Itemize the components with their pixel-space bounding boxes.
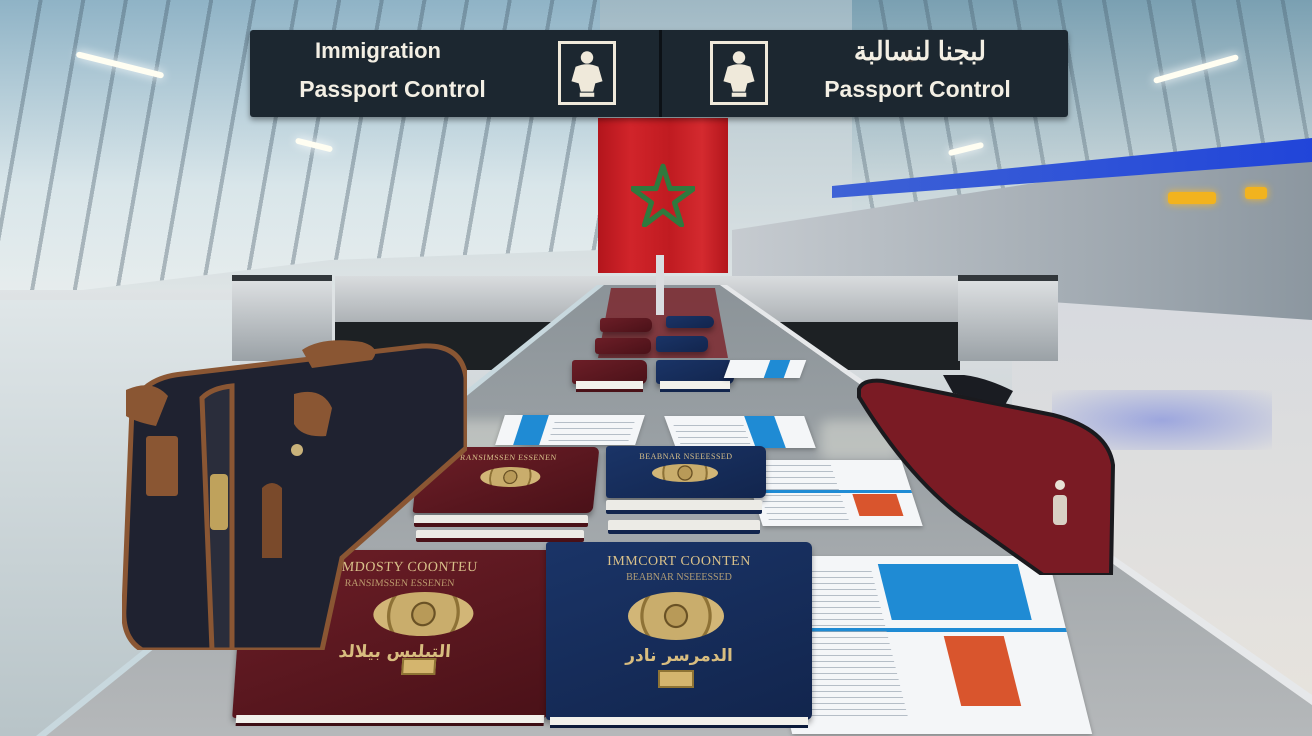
biometric-chip-icon (401, 658, 436, 675)
passport-distant (656, 336, 708, 352)
airport-passport-control-photo: Immigration Passport Control لبجنا لنسال… (0, 0, 1312, 736)
passport-emblem-icon (479, 467, 541, 487)
passport-emblem-icon (628, 592, 724, 640)
person-pictogram-icon (710, 41, 768, 105)
passport-distant (666, 316, 714, 328)
boarding-pass (664, 416, 816, 448)
biometric-chip-icon (658, 670, 694, 688)
boarding-pass (495, 415, 645, 445)
passport-control-sign: Immigration Passport Control لبجنا لنسال… (250, 30, 1068, 117)
passport-navy-middle: BEABNAR NSEEESSED (606, 446, 766, 498)
passport-navy-front: IMMCORT COONTEN BEABNAR NSEEESSED الدمرس… (546, 542, 812, 720)
passport-title: BEABNAR NSEEESSED (606, 452, 766, 461)
passport-stack-far (572, 360, 647, 384)
suitcase-red (853, 375, 1115, 575)
sign-immigration-text: Immigration (288, 40, 468, 62)
green-pentagram-star-icon (631, 163, 695, 227)
counter-post (656, 255, 664, 315)
passport-arabic-text: الدمرسر نادر (546, 646, 812, 666)
moroccan-flag (598, 118, 728, 273)
sign-passport-control-text-right: Passport Control (815, 78, 1020, 101)
sign-passport-control-text: Passport Control (290, 78, 495, 101)
departure-led-display (1245, 187, 1267, 199)
sign-arabic-text: لبجنا لنسالبة (815, 38, 1025, 64)
suitcase-brown-trim (122, 338, 467, 650)
passport-title: IMMCORT COONTEN (546, 554, 812, 570)
passport-emblem-icon (652, 464, 718, 482)
passport-stack-pages (608, 520, 760, 534)
person-pictogram-icon (558, 41, 616, 105)
departure-led-display (1168, 192, 1216, 204)
passport-subtitle: BEABNAR NSEEESSED (546, 572, 812, 583)
passport-distant (595, 338, 651, 354)
passport-stack-pages (606, 500, 762, 514)
passport-distant (600, 318, 652, 332)
passport-stack-far (656, 360, 734, 384)
sign-divider (659, 30, 662, 117)
booth-right (958, 275, 1058, 361)
boarding-pass-far (724, 360, 807, 378)
